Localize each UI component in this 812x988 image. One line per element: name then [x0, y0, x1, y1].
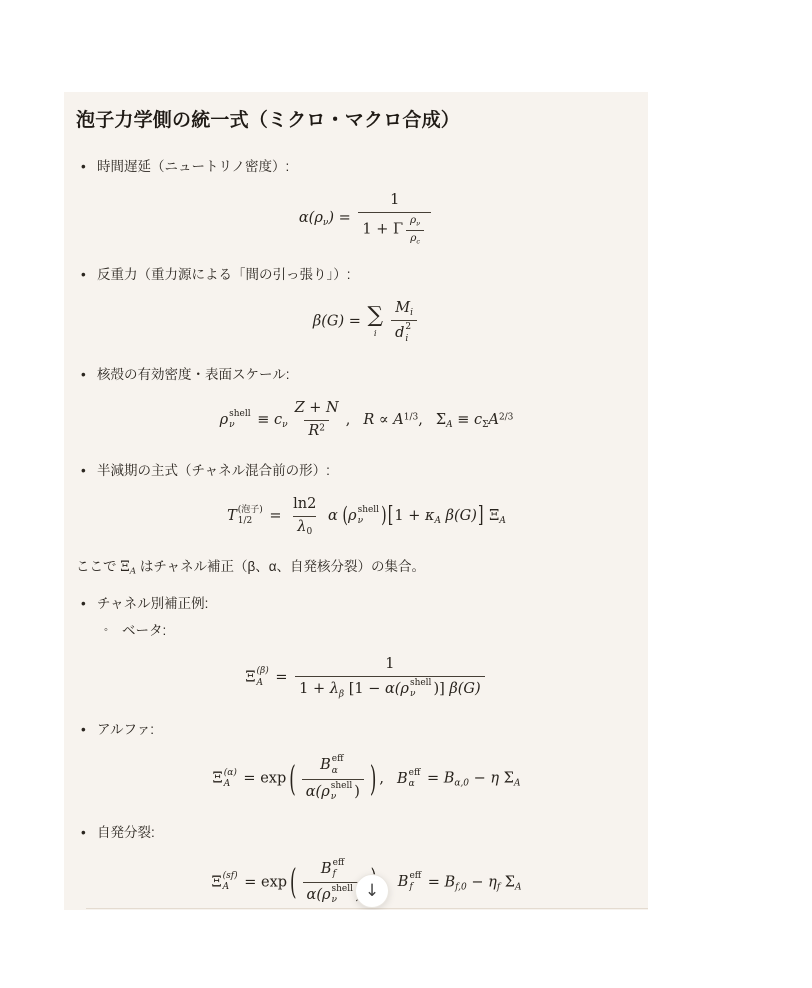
math-token: ν — [416, 219, 420, 227]
fraction: Mid2i — [391, 299, 417, 344]
math-token: A — [514, 779, 521, 789]
fraction: 11 + λβ [1 − α(ρshellν)] β(G) — [295, 655, 485, 700]
math-token: eff — [409, 871, 421, 882]
bullet-time-delay: •時間遅延（ニュートリノ密度）: — [76, 157, 636, 177]
math-token: shell — [358, 505, 379, 516]
math-token: )] — [433, 681, 449, 697]
math-token: Ξ — [213, 771, 223, 787]
math-token: R — [308, 423, 319, 439]
math-token: A — [257, 678, 264, 689]
formula-alpha-correction: Ξ(α)A = exp(Beffαα(ρshellν)),Beffα = Bα,… — [97, 754, 636, 803]
math-token: η — [488, 874, 497, 890]
math-token: i — [374, 330, 377, 339]
math-token: d — [395, 326, 404, 342]
math-token: ) = — [328, 210, 355, 226]
math-token: 2 — [319, 423, 325, 433]
scroll-down-button[interactable]: ↓ — [355, 874, 389, 908]
formula-half-life: T(泡子)1/2 = ln2λ0 α (ρshellν)[1 + κA β(G)… — [97, 495, 636, 537]
math-token: λ — [330, 681, 339, 697]
math-token: ρ — [348, 508, 357, 524]
math-token: α — [409, 779, 415, 790]
math-token: i — [405, 334, 408, 345]
circle-bullet-icon: ◦ — [104, 622, 108, 639]
math-token: Ξ — [245, 670, 255, 686]
math-token: ν — [332, 895, 337, 906]
bullet-label: チャネル別補正例: — [97, 596, 208, 611]
math-token: η — [490, 771, 499, 787]
formula-beta-correction: Ξ(β)A = 11 + λβ [1 − α(ρshellν)] β(G) — [97, 655, 636, 700]
math-token: Z + N — [291, 399, 343, 420]
bullet-icon: • — [81, 365, 86, 385]
math-token: 0 — [307, 527, 313, 537]
sigma-sum-icon: ∑ — [368, 305, 384, 327]
math-token: shell — [229, 409, 250, 420]
math-token: Ξ — [211, 874, 221, 890]
bullet-label: 核殻の有効密度・表面スケール: — [97, 367, 289, 382]
math-token: = — [271, 670, 292, 686]
math-token: R — [363, 412, 374, 428]
math-token: T — [227, 508, 237, 524]
math-token: ( — [289, 757, 296, 801]
math-token: 1 + Γ — [362, 222, 403, 238]
math-token: ) — [381, 502, 387, 530]
math-token: ∝ — [374, 412, 393, 428]
bullet-label: 時間遅延（ニュートリノ密度）: — [97, 159, 289, 174]
math-token: B — [444, 771, 455, 787]
note-text: ここで — [76, 559, 120, 574]
math-token: , — [418, 412, 423, 428]
math-token: 1 + — [394, 508, 425, 524]
math-supsub: (泡子)1/2 — [238, 505, 263, 527]
math-token: α — [323, 508, 342, 524]
math-token: shell — [331, 781, 352, 792]
math-token: ≡ — [253, 412, 274, 428]
math-supsub: (α)A — [224, 768, 237, 790]
math-token: eff — [333, 858, 345, 869]
math-token: α(ρ — [307, 887, 331, 903]
math-token: i — [410, 309, 413, 319]
math-supsub: shellν — [229, 409, 250, 431]
math-token: β(G) — [441, 508, 477, 524]
formula-shell-density: ρshellν ≡ cνZ + NR2,R ∝ A1/3,ΣA ≡ cΣA2/3 — [97, 399, 636, 441]
formula-antigravity: β(G) = ∑iMid2i — [97, 299, 636, 344]
math-token: (sf) — [223, 871, 238, 882]
math-token: A — [488, 412, 498, 428]
math-token: = — [423, 874, 444, 890]
math-supsub: efff — [333, 858, 345, 880]
note-text: はチャネル補正（β、α、自発核分裂）の集合。 — [136, 559, 425, 574]
math-token: A — [499, 516, 506, 526]
bullet-shell-density: •核殻の有効密度・表面スケール: — [76, 365, 636, 385]
math-token: c — [416, 237, 420, 245]
math-token: 2/3 — [499, 412, 513, 422]
bullet-icon: • — [81, 594, 86, 614]
math-token: Ξ — [485, 508, 500, 524]
math-token: 1/2 — [238, 516, 252, 527]
message-content: 泡子力学側の統一式（ミクロ・マクロ合成） •時間遅延（ニュートリノ密度）: α(… — [64, 92, 648, 906]
math-token: ν — [410, 689, 415, 700]
math-token: α — [332, 766, 338, 777]
math-token: A — [224, 779, 231, 790]
math-token: B — [398, 874, 409, 890]
math-token: = — [422, 771, 443, 787]
math-token: 2 — [405, 322, 411, 333]
bullet-icon: • — [81, 157, 86, 177]
fraction: Befffα(ρshellν) — [303, 858, 365, 907]
math-token: f,0 — [455, 882, 467, 892]
math-token: ) — [354, 784, 360, 800]
math-token: = exp — [239, 771, 286, 787]
math-token: (β) — [257, 666, 269, 677]
math-token: M — [395, 300, 410, 316]
math-token: ν — [358, 516, 363, 527]
math-token: f — [409, 882, 412, 893]
math-supsub: 2i — [405, 322, 411, 344]
arrow-down-icon: ↓ — [365, 883, 379, 900]
math-token: ν — [229, 420, 234, 431]
formula-time-delay: α(ρν) = 11 + Γρνρc — [97, 191, 636, 245]
math-token: β(G) — [449, 681, 480, 697]
bullet-spontaneous-fission: •自発分裂: — [76, 823, 636, 843]
math-token: − — [469, 771, 490, 787]
bullet-label: 反重力（重力源による「間の引っ張り」）: — [97, 267, 351, 282]
math-token: ( — [342, 502, 348, 530]
math-supsub: effα — [332, 754, 344, 776]
math-token: [1 − — [344, 681, 385, 697]
math-token: α,0 — [454, 779, 469, 789]
math-token: B — [321, 861, 332, 877]
bullet-half-life: •半減期の主式（チャネル混合前の形）: — [76, 461, 636, 481]
math-token: α(ρ — [385, 681, 409, 697]
fraction: ln2λ0 — [289, 495, 320, 537]
math-token: Σ — [436, 412, 446, 428]
fraction: Beffαα(ρshellν) — [302, 754, 364, 803]
bullet-icon: • — [81, 461, 86, 481]
bullet-icon: • — [81, 823, 86, 843]
bullet-label: ベータ: — [122, 623, 166, 638]
math-token: λ — [297, 519, 306, 535]
bullet-beta: ◦ベータ: — [76, 621, 636, 641]
math-supsub: (sf)A — [223, 871, 238, 893]
math-supsub: shellν — [332, 884, 353, 906]
math-token: − — [467, 874, 488, 890]
math-token: ] — [478, 502, 484, 531]
math-token: ΞA — [120, 559, 136, 575]
math-token: (α) — [224, 768, 237, 779]
math-token: = — [265, 508, 286, 524]
bullet-label: 自発分裂: — [97, 825, 155, 840]
fraction: 11 + Γρνρc — [358, 191, 431, 245]
math-token: B — [320, 758, 331, 774]
math-token: shell — [410, 678, 431, 689]
math-token: f — [333, 869, 336, 880]
math-supsub: shellν — [410, 678, 431, 700]
math-supsub: effα — [409, 768, 421, 790]
bullet-label: 半減期の主式（チャネル混合前の形）: — [97, 463, 330, 478]
math-token: A — [223, 882, 230, 893]
fraction: ρνρc — [406, 214, 424, 245]
math-supsub: shellν — [331, 781, 352, 803]
math-token: ) — [370, 757, 377, 801]
summation: ∑i — [368, 305, 384, 338]
math-token: Ξ — [120, 559, 130, 575]
math-token: c — [474, 412, 482, 428]
math-token: Σ — [500, 874, 515, 890]
math-token: 1 — [381, 655, 398, 676]
math-token: , — [379, 771, 384, 787]
math-token: eff — [409, 768, 421, 779]
bullet-antigravity: •反重力（重力源による「間の引っ張り」）: — [76, 265, 636, 285]
math-token: β(G) = — [313, 314, 366, 330]
math-token: 1 + — [299, 681, 330, 697]
math-supsub: (β)A — [257, 666, 269, 688]
math-token: B — [397, 771, 408, 787]
math-token: κ — [425, 508, 435, 524]
math-token: α(ρ — [306, 784, 330, 800]
bullet-label: アルファ: — [97, 722, 154, 737]
math-token: = exp — [240, 874, 287, 890]
bullet-channel-corrections: •チャネル別補正例: — [76, 594, 636, 614]
math-token: ν — [331, 792, 336, 803]
math-token: α(ρ — [299, 210, 323, 226]
math-token: A — [515, 882, 522, 892]
math-token: ( — [290, 860, 297, 904]
math-token: ρ — [220, 412, 229, 428]
page-title: 泡子力学側の統一式（ミクロ・マクロ合成） — [76, 108, 636, 135]
math-token: [ — [388, 502, 394, 531]
math-token: eff — [332, 754, 344, 765]
note-paragraph: ここで ΞA はチャネル補正（β、α、自発核分裂）の集合。 — [76, 557, 636, 579]
math-token: Σ — [499, 771, 514, 787]
math-token: B — [445, 874, 456, 890]
math-token: 1 — [386, 191, 403, 212]
math-supsub: efff — [409, 871, 421, 893]
math-token: 1/3 — [404, 412, 418, 422]
math-token: (泡子) — [238, 505, 263, 516]
message-panel: 泡子力学側の統一式（ミクロ・マクロ合成） •時間遅延（ニュートリノ密度）: α(… — [64, 92, 648, 910]
math-token: , — [346, 412, 351, 428]
math-token: ln2 — [289, 495, 320, 516]
bullet-icon: • — [81, 265, 86, 285]
bullet-alpha: •アルファ: — [76, 720, 636, 740]
math-token: ≡ — [453, 412, 474, 428]
math-token: c — [274, 412, 282, 428]
math-token: A — [393, 412, 403, 428]
math-token: ν — [282, 420, 287, 430]
section-divider — [86, 908, 648, 909]
math-supsub: shellν — [358, 505, 379, 527]
fraction: Z + NR2 — [291, 399, 343, 441]
bullet-icon: • — [81, 720, 86, 740]
math-token: shell — [332, 884, 353, 895]
